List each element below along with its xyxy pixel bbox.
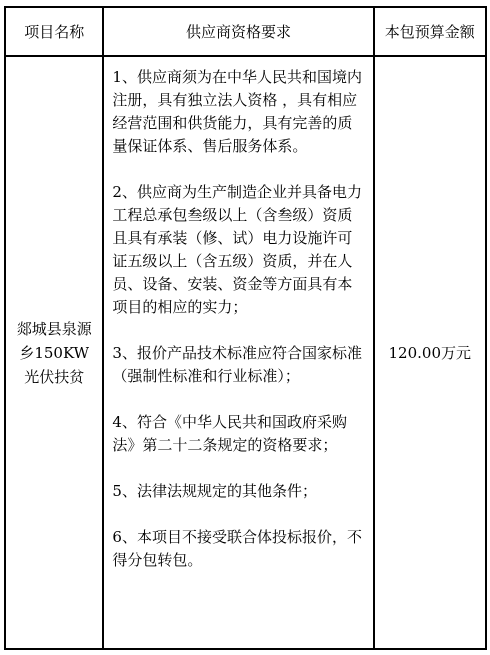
- requirement-paragraph: 5、法律法规规定的其他条件；: [112, 480, 365, 503]
- budget-amount-cell: 120.00万元: [374, 56, 486, 649]
- requirement-paragraph: 2、供应商为生产制造企业并具备电力工程总承包叁级以上（含叁级）资质且具有承装（修…: [112, 181, 365, 319]
- requirement-paragraph: 4、符合《中华人民共和国政府采购法》第二十二条规定的资格要求；: [112, 411, 365, 457]
- table-row: 郯城县泉源乡150KW光伏扶贫 1、供应商须为在中华人民共和国境内注册，具有独立…: [5, 56, 486, 649]
- col-header-project-name: 项目名称: [5, 7, 103, 56]
- requirement-paragraph: 6、本项目不接受联合体投标报价，不得分包转包。: [112, 526, 365, 572]
- supplier-requirements-cell: 1、供应商须为在中华人民共和国境内注册，具有独立法人资格 ，具有相应经营范围和供…: [103, 56, 373, 649]
- page: { "page": { "background_color": "#ffffff…: [0, 0, 490, 655]
- requirement-paragraph: 1、供应商须为在中华人民共和国境内注册，具有独立法人资格 ，具有相应经营范围和供…: [112, 66, 365, 158]
- procurement-requirements-table: 项目名称 供应商资格要求 本包预算金额 郯城县泉源乡150KW光伏扶贫 1、供应…: [4, 6, 487, 650]
- col-header-supplier-requirements: 供应商资格要求: [103, 7, 373, 56]
- requirement-paragraph: 3、报价产品技术标准应符合国家标准（强制性标准和行业标准）；: [112, 342, 365, 388]
- col-header-budget-amount: 本包预算金额: [374, 7, 486, 56]
- table-header-row: 项目名称 供应商资格要求 本包预算金额: [5, 7, 486, 56]
- project-name-cell: 郯城县泉源乡150KW光伏扶贫: [5, 56, 103, 649]
